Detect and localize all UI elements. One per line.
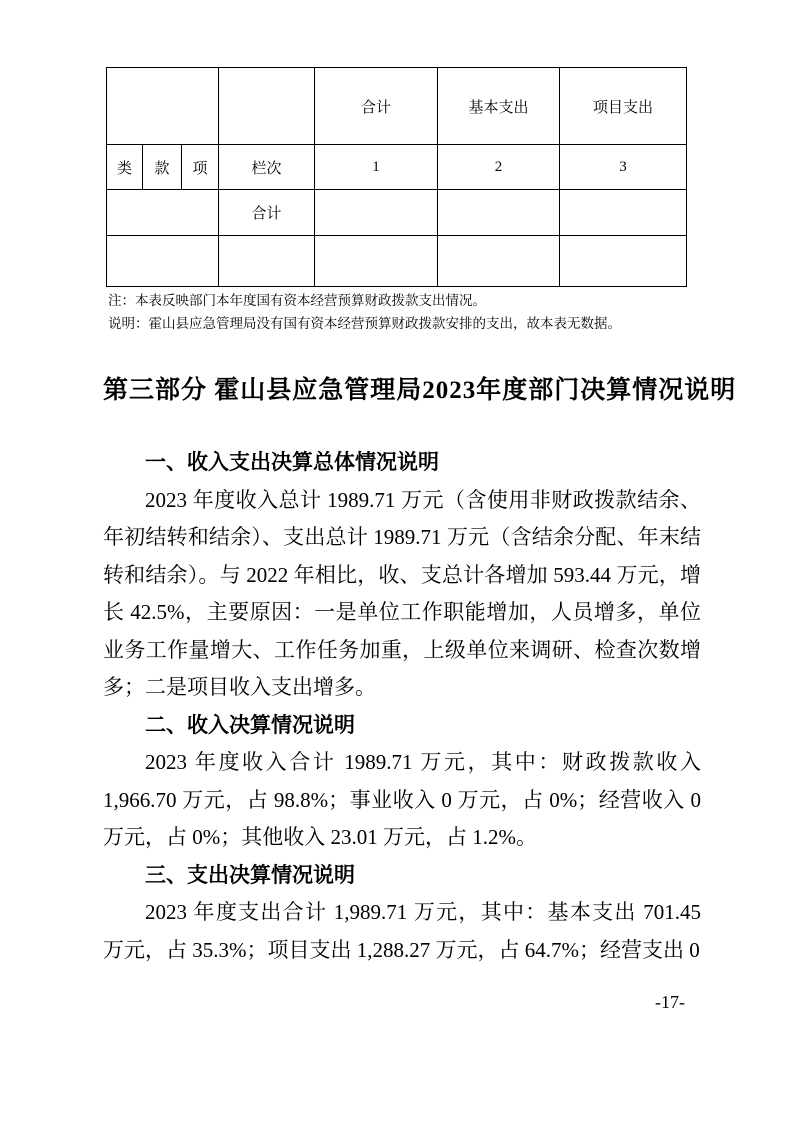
section-paragraph-3: 2023 年度支出合计 1,989.71 万元，其中：基本支出 701.45 万… xyxy=(103,894,701,969)
table-cell-blank xyxy=(219,68,315,145)
table-header-col-3: 3 xyxy=(560,145,687,190)
table-cell-blank xyxy=(438,236,560,287)
section-paragraph-1: 2023 年度收入总计 1989.71 万元（含使用非财政拨款结余、年初结转和结… xyxy=(103,482,701,707)
table-total-row: 合计 xyxy=(107,190,687,236)
table-cell-blank xyxy=(560,236,687,287)
table-cell-blank xyxy=(560,190,687,236)
table-cell-blank xyxy=(107,68,219,145)
document-page: 合计 基本支出 项目支出 类 款 项 栏次 1 2 3 合计 xyxy=(0,0,793,1122)
table-header-basic-expenditure: 基本支出 xyxy=(438,68,560,145)
table-header-row-top: 合计 基本支出 项目支出 xyxy=(107,68,687,145)
table-header-project-expenditure: 项目支出 xyxy=(560,68,687,145)
section-income-expenditure-overview: 一、收入支出决算总体情况说明 2023 年度收入总计 1989.71 万元（含使… xyxy=(103,444,701,707)
section-heading-1: 一、收入支出决算总体情况说明 xyxy=(103,444,701,482)
table-header-class: 类 xyxy=(107,145,143,190)
section-income-details: 二、收入决算情况说明 2023 年度收入合计 1989.71 万元，其中：财政拨… xyxy=(103,707,701,857)
table-header-row-columns: 类 款 项 栏次 1 2 3 xyxy=(107,145,687,190)
table-note-line: 注：本表反映部门本年度国有资本经营预算财政拨款支出情况。 xyxy=(108,289,708,312)
table-explanation-line: 说明：霍山县应急管理局没有国有资本经营预算财政拨款安排的支出，故本表无数据。 xyxy=(108,312,708,335)
section-heading-3: 三、支出决算情况说明 xyxy=(103,857,701,895)
table-header-item: 款 xyxy=(143,145,182,190)
table-header-total: 合计 xyxy=(315,68,438,145)
table-cell-blank xyxy=(107,190,219,236)
table-total-row-label: 合计 xyxy=(219,190,315,236)
section-expenditure-details: 三、支出决算情况说明 2023 年度支出合计 1,989.71 万元，其中：基本… xyxy=(103,857,701,970)
table-cell-blank xyxy=(315,236,438,287)
part-three-title: 第三部分 霍山县应急管理局2023年度部门决算情况说明 xyxy=(103,374,701,408)
table-header-col-1: 1 xyxy=(315,145,438,190)
page-number: -17- xyxy=(655,991,685,1013)
table-cell-blank xyxy=(315,190,438,236)
table-header-sub-item: 项 xyxy=(182,145,219,190)
state-capital-expenditure-table: 合计 基本支出 项目支出 类 款 项 栏次 1 2 3 合计 xyxy=(106,67,687,287)
table-cell-blank xyxy=(438,190,560,236)
table-header-col-2: 2 xyxy=(438,145,560,190)
table-header-column-index: 栏次 xyxy=(219,145,315,190)
document-body: 第三部分 霍山县应急管理局2023年度部门决算情况说明 一、收入支出决算总体情况… xyxy=(103,374,701,969)
table-empty-row xyxy=(107,236,687,287)
table-cell-blank xyxy=(219,236,315,287)
section-heading-2: 二、收入决算情况说明 xyxy=(103,707,701,745)
table-cell-blank xyxy=(107,236,219,287)
table-notes: 注：本表反映部门本年度国有资本经营预算财政拨款支出情况。 说明：霍山县应急管理局… xyxy=(108,289,708,335)
section-paragraph-2: 2023 年度收入合计 1989.71 万元，其中：财政拨款收入 1,966.7… xyxy=(103,744,701,857)
